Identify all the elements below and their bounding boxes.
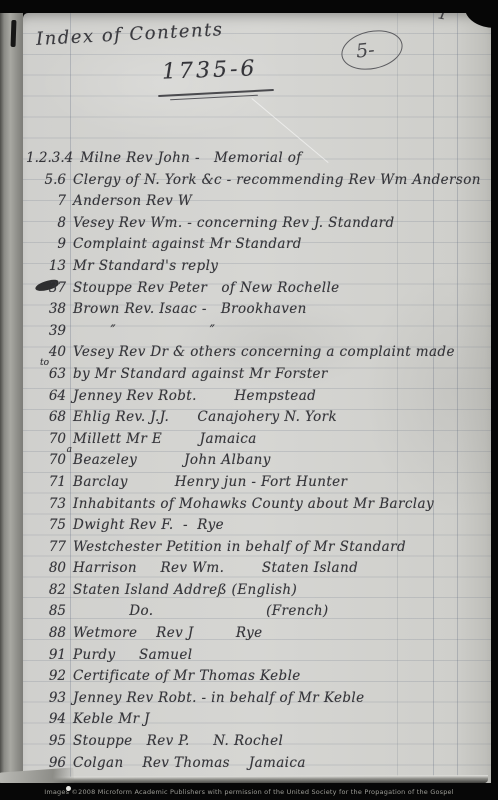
entry-number: 39 <box>26 323 73 339</box>
index-entry: 75Dwight Rev F. - Rye <box>26 517 488 539</box>
entry-number: 8 <box>26 215 73 231</box>
index-entry: 95Stouppe Rev P. N. Rochel <box>26 733 488 755</box>
entry-number: 68 <box>26 409 73 425</box>
entry-number: 82 <box>26 582 73 598</box>
entry-text: Dwight Rev F. - Rye <box>73 517 224 533</box>
entry-text: Keble Mr J <box>73 711 150 727</box>
entry-number: 95 <box>26 733 73 749</box>
entry-text: Mr Standard's reply <box>73 258 218 274</box>
index-entry: 38Brown Rev. Isaac - Brookhaven <box>26 301 488 323</box>
footer-copyright: Images ©2008 Microform Academic Publishe… <box>44 788 454 796</box>
entry-number: 93 <box>26 690 73 706</box>
entry-number: 7 <box>26 193 73 209</box>
entry-text: Vesey Rev Dr & others concerning a compl… <box>73 344 455 360</box>
entry-number: 38 <box>26 301 73 317</box>
entry-text: Stouppe Rev Peter of New Rochelle <box>73 280 340 296</box>
index-entry: 73Inhabitants of Mohawks County about Mr… <box>26 496 488 518</box>
entry-text: Certificate of Mr Thomas Keble <box>73 668 301 684</box>
entry-number: 9 <box>26 236 73 252</box>
entry-number: 71 <box>26 474 73 490</box>
entry-text: Vesey Rev Wm. - concerning Rev J. Standa… <box>73 215 395 231</box>
entry-number: 63to <box>26 366 73 382</box>
index-entry: 13Mr Standard's reply <box>26 258 488 280</box>
index-entry: 5.6Clergy of N. York &c - recommending R… <box>26 172 488 194</box>
entry-text: Westchester Petition in behalf of Mr Sta… <box>73 539 406 555</box>
circled-number-value: 5- <box>355 37 390 62</box>
entry-text: Clergy of N. York &c - recommending Rev … <box>73 172 481 188</box>
entry-number: 40 <box>26 344 73 360</box>
entry-number: 64 <box>26 388 73 404</box>
film-speck <box>66 786 71 791</box>
entry-text: Jenney Rev Robt. Hempstead <box>73 388 316 404</box>
film-footer-bar: Images ©2008 Microform Academic Publishe… <box>0 783 498 800</box>
entry-number: 70 <box>26 431 73 447</box>
index-entry: 92Certificate of Mr Thomas Keble <box>26 668 488 690</box>
entry-number: 77 <box>26 539 73 555</box>
entry-number: 5.6 <box>26 172 73 188</box>
entry-text: Do. (French) <box>73 603 329 619</box>
entry-number: 91 <box>26 647 73 663</box>
entry-number: 73 <box>26 496 73 512</box>
film-border-top <box>0 0 498 13</box>
index-entry: 91Purdy Samuel <box>26 647 488 669</box>
binding-strip <box>0 10 23 788</box>
index-entry: 70aBeazeley John Albany <box>26 452 488 474</box>
entry-text: Barclay Henry jun - Fort Hunter <box>73 474 347 490</box>
index-entry: 37Stouppe Rev Peter of New Rochelle <box>26 280 488 302</box>
entry-text: Purdy Samuel <box>73 647 192 663</box>
index-entry: 40Vesey Rev Dr & others concerning a com… <box>26 344 488 366</box>
index-entry: 7Anderson Rev W <box>26 193 488 215</box>
entry-number: 70a <box>26 452 73 468</box>
entry-text: Stouppe Rev P. N. Rochel <box>73 733 283 749</box>
entry-text: Inhabitants of Mohawks County about Mr B… <box>73 496 434 512</box>
index-entry-list: 1.2.3.4Milne Rev John - Memorial of5.6Cl… <box>26 150 488 776</box>
ink-blot <box>11 20 17 47</box>
entry-number: 80 <box>26 560 73 576</box>
entry-text: Beazeley John Albany <box>73 452 271 468</box>
year-heading: 1735-6 <box>162 56 258 84</box>
entry-text: Milne Rev John - Memorial of <box>80 150 301 166</box>
index-entry: 68Ehlig Rev. J.J. Canajohery N. York <box>26 409 488 431</box>
entry-number: 85 <box>26 603 73 619</box>
entry-text: Colgan Rev Thomas Jamaica <box>73 755 306 771</box>
entry-number: 13 <box>26 258 73 274</box>
entry-text: Millett Mr E Jamaica <box>73 431 257 447</box>
entry-number: 92 <box>26 668 73 684</box>
index-entry: 70Millett Mr E Jamaica <box>26 431 488 453</box>
entry-text: Wetmore Rev J Rye <box>73 625 263 641</box>
index-entry: 77Westchester Petition in behalf of Mr S… <box>26 539 488 561</box>
index-entry: 82Staten Island Addreß (English) <box>26 582 488 604</box>
entry-number: 94 <box>26 711 73 727</box>
entry-text: Brown Rev. Isaac - Brookhaven <box>73 301 307 317</box>
index-entry: 96Colgan Rev Thomas Jamaica <box>26 755 488 777</box>
entry-text: Anderson Rev W <box>73 193 192 209</box>
entry-text: Staten Island Addreß (English) <box>73 582 297 598</box>
entry-text: Jenney Rev Robt. - in behalf of Mr Keble <box>73 690 365 706</box>
index-entry: 88Wetmore Rev J Rye <box>26 625 488 647</box>
entry-number: 88 <box>26 625 73 641</box>
index-entry: 63toby Mr Standard against Mr Forster <box>26 366 488 388</box>
index-entry: 9Complaint against Mr Standard <box>26 236 488 258</box>
index-entry: 85 Do. (French) <box>26 603 488 625</box>
entry-number: 75 <box>26 517 73 533</box>
index-entry: 80Harrison Rev Wm. Staten Island <box>26 560 488 582</box>
film-border-right <box>491 0 498 800</box>
index-entry: 71Barclay Henry jun - Fort Hunter <box>26 474 488 496</box>
index-entry: 39 ″ ″ <box>26 323 488 345</box>
index-entry: 1.2.3.4Milne Rev John - Memorial of <box>26 150 488 172</box>
entry-text: ″ ″ <box>73 323 215 339</box>
microfilm-scan: Index of Contents 1735-6 5- 1 1.2.3.4Mil… <box>0 0 498 800</box>
index-entry: 93Jenney Rev Robt. - in behalf of Mr Keb… <box>26 690 488 712</box>
index-entry: 94Keble Mr J <box>26 711 488 733</box>
entry-text: Complaint against Mr Standard <box>73 236 302 252</box>
entry-number: 1.2.3.4 <box>26 150 80 166</box>
entry-text: Ehlig Rev. J.J. Canajohery N. York <box>73 409 337 425</box>
entry-text: by Mr Standard against Mr Forster <box>73 366 328 382</box>
entry-number: 37 <box>26 280 73 296</box>
entry-text: Harrison Rev Wm. Staten Island <box>73 560 358 576</box>
index-entry: 64Jenney Rev Robt. Hempstead <box>26 388 488 410</box>
index-entry: 8Vesey Rev Wm. - concerning Rev J. Stand… <box>26 215 488 237</box>
